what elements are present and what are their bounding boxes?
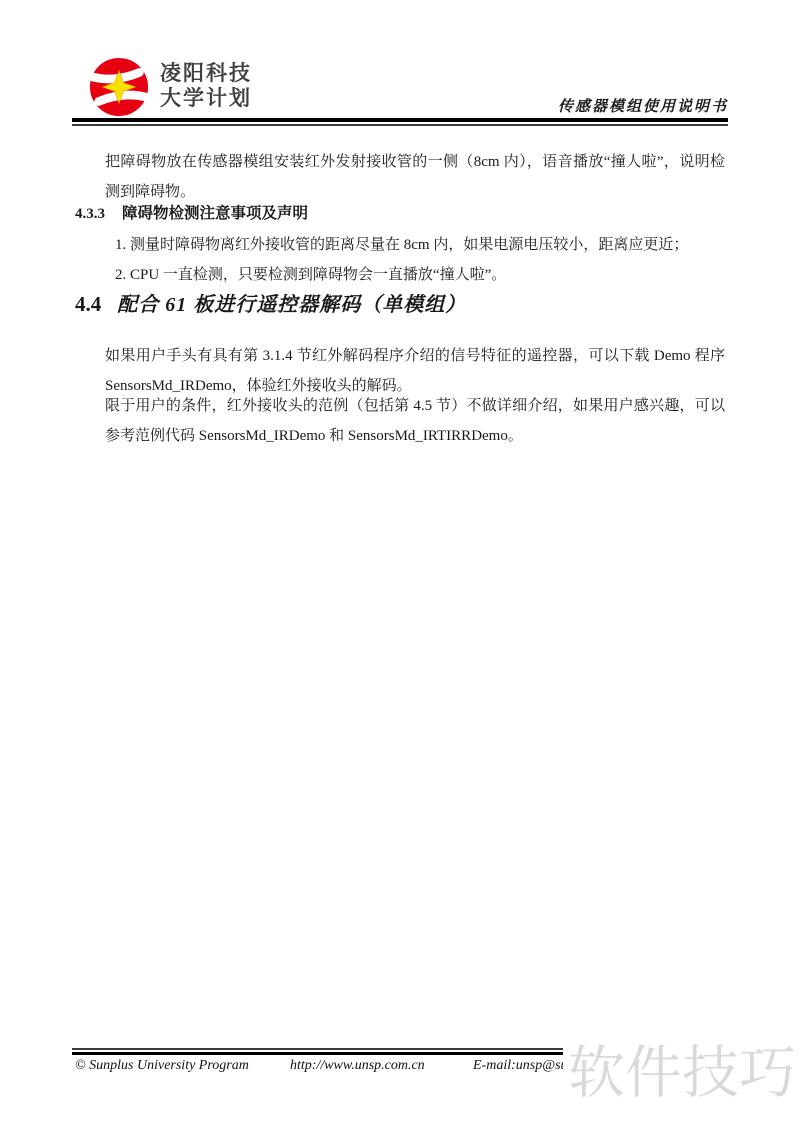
header-doc-title: 传感器模组使用说明书 bbox=[558, 95, 728, 116]
note-item-1: 1. 测量时障碍物离红外接收管的距离尽量在 8cm 内，如果电源电压较小，距离应… bbox=[115, 231, 727, 259]
logo-wordmark: 凌阳科技 大学计划 bbox=[160, 61, 252, 111]
section-4-4-title: 配合 61 板进行遥控器解码（单模组） bbox=[117, 294, 466, 316]
section-4-3-3-heading: 4.3.3障碍物检测注意事项及声明 bbox=[75, 201, 308, 223]
intro-paragraph: 把障碍物放在传感器模组安装红外发射接收管的一侧（8cm 内），语音播放“撞人啦”… bbox=[105, 147, 725, 207]
logo-line2: 大学计划 bbox=[160, 86, 252, 111]
watermark-overlay: 软件技巧 bbox=[563, 1038, 800, 1132]
footer-email: E-mail:unsp@su bbox=[473, 1058, 568, 1074]
watermark-text: 软件技巧 bbox=[568, 1045, 796, 1102]
section-4-3-3-number: 4.3.3 bbox=[75, 206, 105, 222]
footer-url: http://www.unsp.com.cn bbox=[290, 1058, 425, 1074]
header-rule-thick bbox=[72, 118, 728, 122]
logo-line1: 凌阳科技 bbox=[160, 61, 252, 86]
header-rule bbox=[72, 118, 728, 126]
section-4-3-3-title: 障碍物检测注意事项及声明 bbox=[122, 205, 308, 222]
footer-copyright: © Sunplus University Program bbox=[75, 1058, 249, 1074]
sunplus-logo-icon bbox=[88, 56, 150, 118]
section-4-4-number: 4.4 bbox=[75, 292, 101, 316]
note-item-2: 2. CPU 一直检测，只要检测到障碍物会一直播放“撞人啦”。 bbox=[115, 261, 727, 289]
header-rule-thin bbox=[72, 124, 728, 126]
section-4-4-heading: 4.4配合 61 板进行遥控器解码（单模组） bbox=[75, 288, 466, 317]
section-4-4-paragraph-2: 限于用户的条件，红外接收头的范例（包括第 4.5 节）不做详细介绍，如果用户感兴… bbox=[105, 391, 725, 451]
document-page: 凌阳科技 大学计划 传感器模组使用说明书 把障碍物放在传感器模组安装红外发射接收… bbox=[0, 0, 800, 1132]
